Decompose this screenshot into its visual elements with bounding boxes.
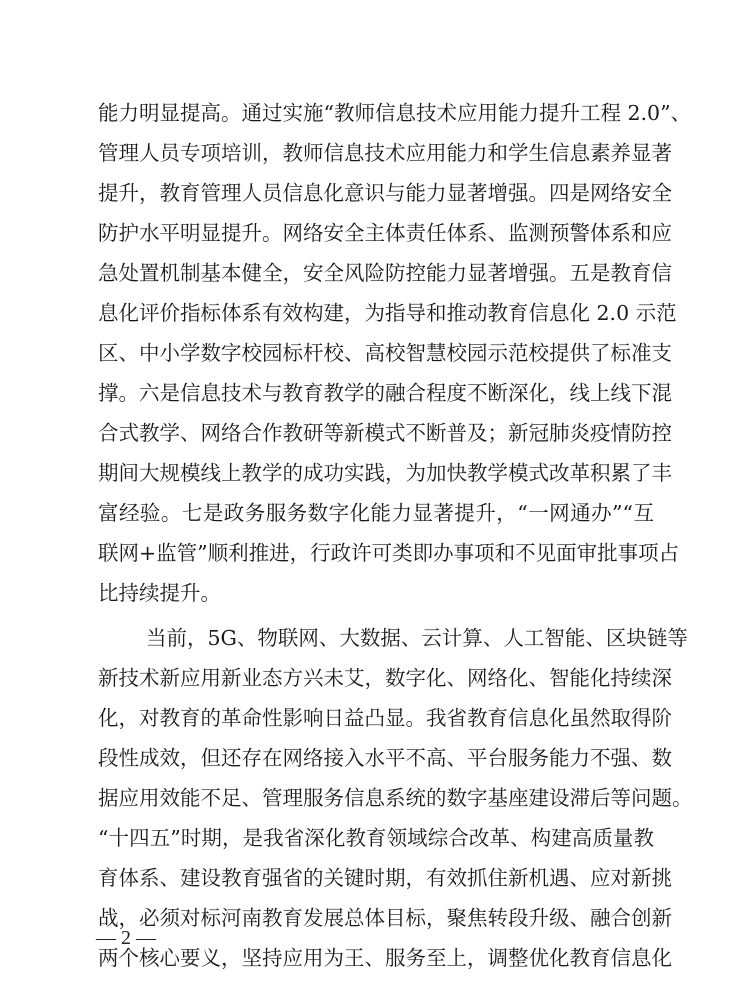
text-line: 联网+监管”顺利推进，行政许可类即办事项和不见面审批事项占 — [98, 540, 654, 566]
text-line-indented: 当前，5G、物联网、大数据、云计算、人工智能、区块链等 — [146, 625, 654, 651]
page-number: — 2 — — [96, 926, 156, 950]
text-line: “十四五”时期，是我省深化教育领域综合改革、构建高质量教 — [98, 825, 654, 851]
text-line: 战，必须对标河南教育发展总体目标，聚焦转段升级、融合创新 — [98, 905, 654, 931]
text-line: 息化评价指标体系有效构建，为指导和推动教育信息化 2.0 示范 — [98, 300, 654, 326]
text-line: 能力明显提高。通过实施“教师信息技术应用能力提升工程 2.0”、 — [98, 100, 654, 126]
text-line: 两个核心要义，坚持应用为王、服务至上，调整优化教育信息化 — [98, 945, 654, 971]
text-line: 化，对教育的革命性影响日益凸显。我省教育信息化虽然取得阶 — [98, 705, 654, 731]
text-line: 提升，教育管理人员信息化意识与能力显著增强。四是网络安全 — [98, 180, 654, 206]
text-line: 防护水平明显提升。网络安全主体责任体系、监测预警体系和应 — [98, 220, 654, 246]
text-line: 富经验。七是政务服务数字化能力显著提升，“一网通办”“互 — [98, 500, 654, 526]
text-line: 育体系、建设教育强省的关键时期，有效抓住新机遇、应对新挑 — [98, 865, 654, 891]
text-line: 撑。六是信息技术与教育教学的融合程度不断深化，线上线下混 — [98, 380, 654, 406]
text-line: 区、中小学数字校园标杆校、高校智慧校园示范校提供了标准支 — [98, 340, 654, 366]
text-line: 比持续提升。 — [98, 580, 654, 606]
text-line: 期间大规模线上教学的成功实践，为加快教学模式改革积累了丰 — [98, 460, 654, 486]
text-line: 急处置机制基本健全，安全风险防控能力显著增强。五是教育信 — [98, 260, 654, 286]
text-line: 段性成效，但还存在网络接入水平不高、平台服务能力不强、数 — [98, 745, 654, 771]
document-page: 能力明显提高。通过实施“教师信息技术应用能力提升工程 2.0”、 管理人员专项培… — [0, 0, 750, 1000]
text-line: 合式教学、网络合作教研等新模式不断普及；新冠肺炎疫情防控 — [98, 420, 654, 446]
text-line: 管理人员专项培训，教师信息技术应用能力和学生信息素养显著 — [98, 140, 654, 166]
text-line: 新技术新应用新业态方兴未艾，数字化、网络化、智能化持续深 — [98, 665, 654, 691]
text-line: 据应用效能不足、管理服务信息系统的数字基座建设滞后等问题。 — [98, 785, 654, 811]
